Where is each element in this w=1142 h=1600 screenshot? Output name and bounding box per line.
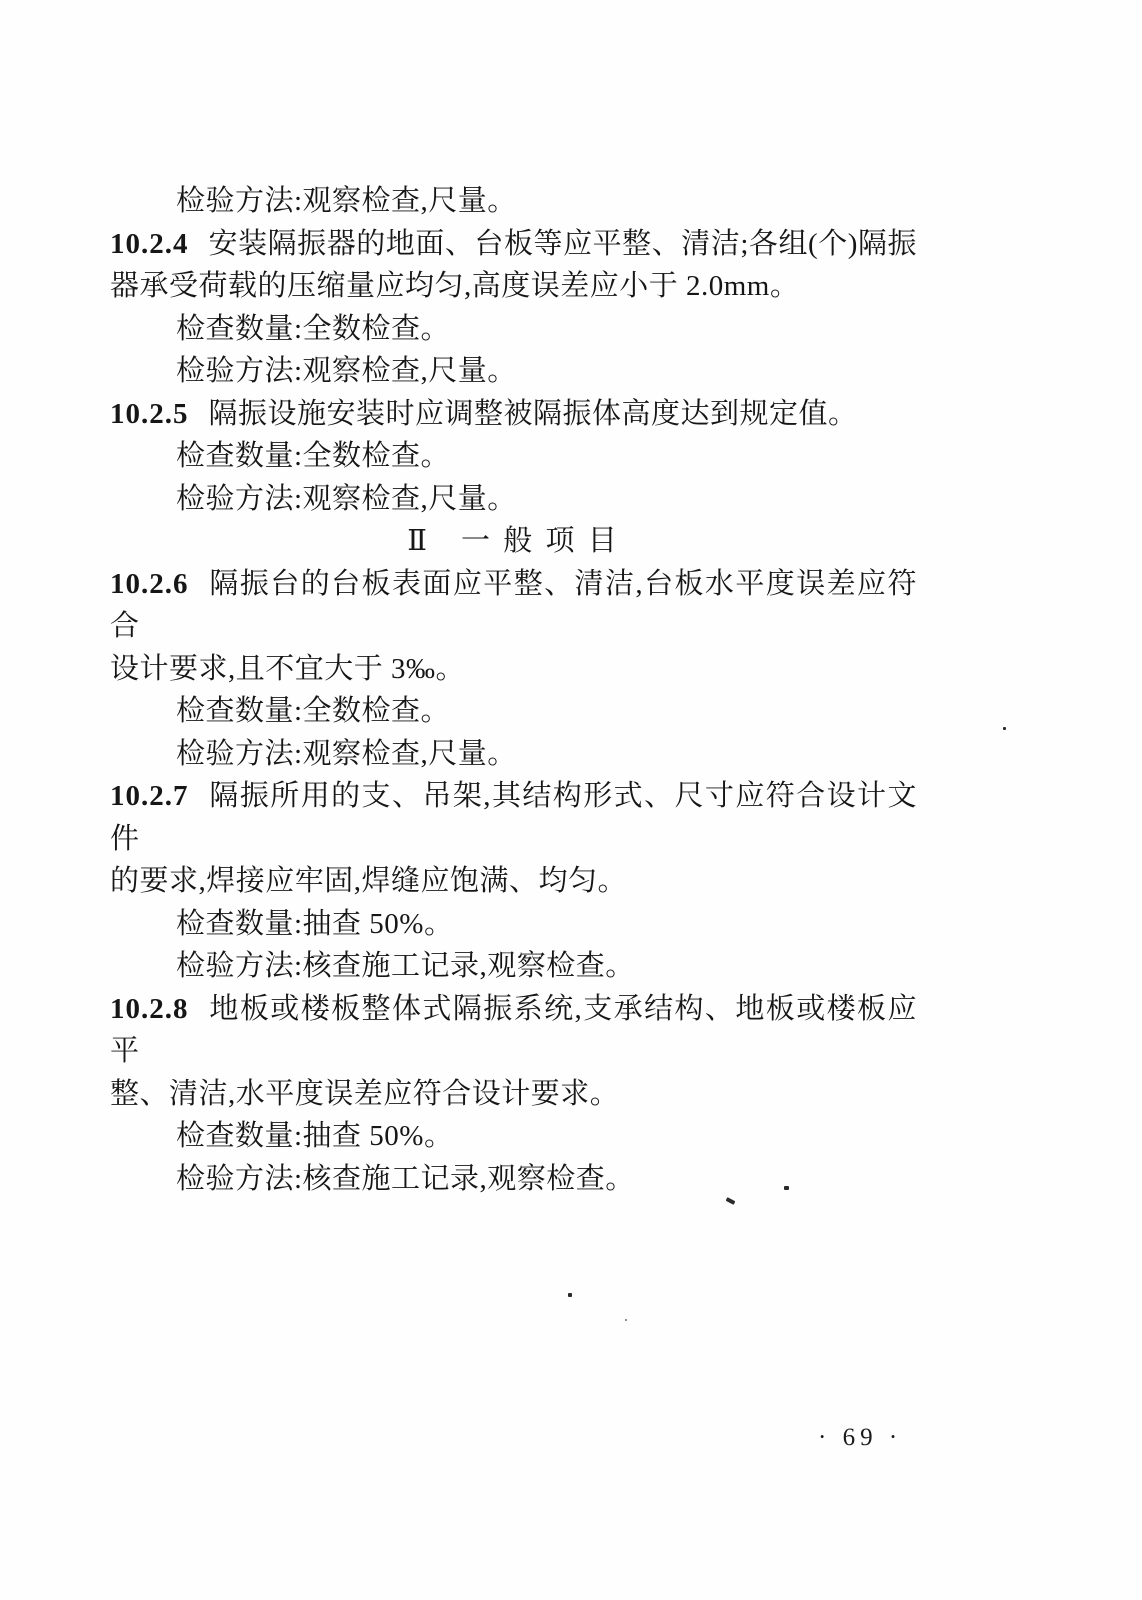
clause-number: 10.2.7 <box>110 780 189 812</box>
check-quantity-line: 检查数量:抽查 50%。 <box>110 903 917 946</box>
page-number: · 69 · <box>818 1424 902 1452</box>
scan-speck <box>625 1319 627 1321</box>
check-quantity-line: 检查数量:抽查 50%。 <box>110 1115 917 1158</box>
check-quantity-line: 检查数量:全数检查。 <box>110 435 917 478</box>
inspection-method-line: 检验方法:观察检查,尺量。 <box>110 180 917 223</box>
clause-number: 10.2.4 <box>110 228 189 260</box>
inspection-method-line: 检验方法:核查施工记录,观察检查。 <box>110 945 917 988</box>
clause-10-2-4-line-1: 10.2.4安装隔振器的地面、台板等应平整、清洁;各组(个)隔振 <box>110 223 917 266</box>
inspection-method-line: 检验方法:观察检查,尺量。 <box>110 478 917 521</box>
inspection-method-line: 检验方法:观察检查,尺量。 <box>110 350 917 393</box>
clause-10-2-7-line-1: 10.2.7隔振所用的支、吊架,其结构形式、尺寸应符合设计文件 <box>110 775 917 860</box>
clause-10-2-7-line-2: 的要求,焊接应牢固,焊缝应饱满、均匀。 <box>110 860 917 903</box>
inspection-method-line: 检验方法:核查施工记录,观察检查。 <box>110 1158 917 1201</box>
clause-number: 10.2.8 <box>110 993 189 1025</box>
clause-10-2-6-line-1: 10.2.6隔振台的台板表面应平整、清洁,台板水平度误差应符合 <box>110 563 917 648</box>
section-heading-general-items: Ⅱ一 般 项 目 <box>110 520 917 563</box>
clause-text: 地板或楼板整体式隔振系统,支承结构、地板或楼板应平 <box>110 993 917 1068</box>
clause-text: 隔振台的台板表面应平整、清洁,台板水平度误差应符合 <box>110 568 917 643</box>
check-quantity-line: 检查数量:全数检查。 <box>110 690 917 733</box>
scan-speck <box>1003 727 1006 730</box>
check-quantity-line: 检查数量:全数检查。 <box>110 308 917 351</box>
clause-text: 隔振设施安装时应调整被隔振体高度达到规定值。 <box>209 398 858 430</box>
clause-text: 安装隔振器的地面、台板等应平整、清洁;各组(个)隔振 <box>209 228 918 260</box>
clause-10-2-4-line-2: 器承受荷载的压缩量应均匀,高度误差应小于 2.0mm。 <box>110 265 917 308</box>
clause-10-2-8-line-1: 10.2.8地板或楼板整体式隔振系统,支承结构、地板或楼板应平 <box>110 988 917 1073</box>
scanned-document-page: 检验方法:观察检查,尺量。 10.2.4安装隔振器的地面、台板等应平整、清洁;各… <box>0 0 1142 1600</box>
clause-text: 隔振所用的支、吊架,其结构形式、尺寸应符合设计文件 <box>110 780 917 855</box>
clause-number: 10.2.5 <box>110 398 189 430</box>
clause-10-2-8-line-2: 整、清洁,水平度误差应符合设计要求。 <box>110 1073 917 1116</box>
inspection-method-line: 检验方法:观察检查,尺量。 <box>110 733 917 776</box>
clause-number: 10.2.6 <box>110 568 189 600</box>
scan-speck <box>568 1293 572 1297</box>
heading-text: 一 般 项 目 <box>461 525 620 557</box>
clause-10-2-5-line: 10.2.5隔振设施安装时应调整被隔振体高度达到规定值。 <box>110 393 917 436</box>
text-block: 检验方法:观察检查,尺量。 10.2.4安装隔振器的地面、台板等应平整、清洁;各… <box>110 180 917 1200</box>
heading-numeral: Ⅱ <box>407 525 427 557</box>
clause-10-2-6-line-2: 设计要求,且不宜大于 3‰。 <box>110 648 917 691</box>
scan-speck <box>784 1186 789 1190</box>
